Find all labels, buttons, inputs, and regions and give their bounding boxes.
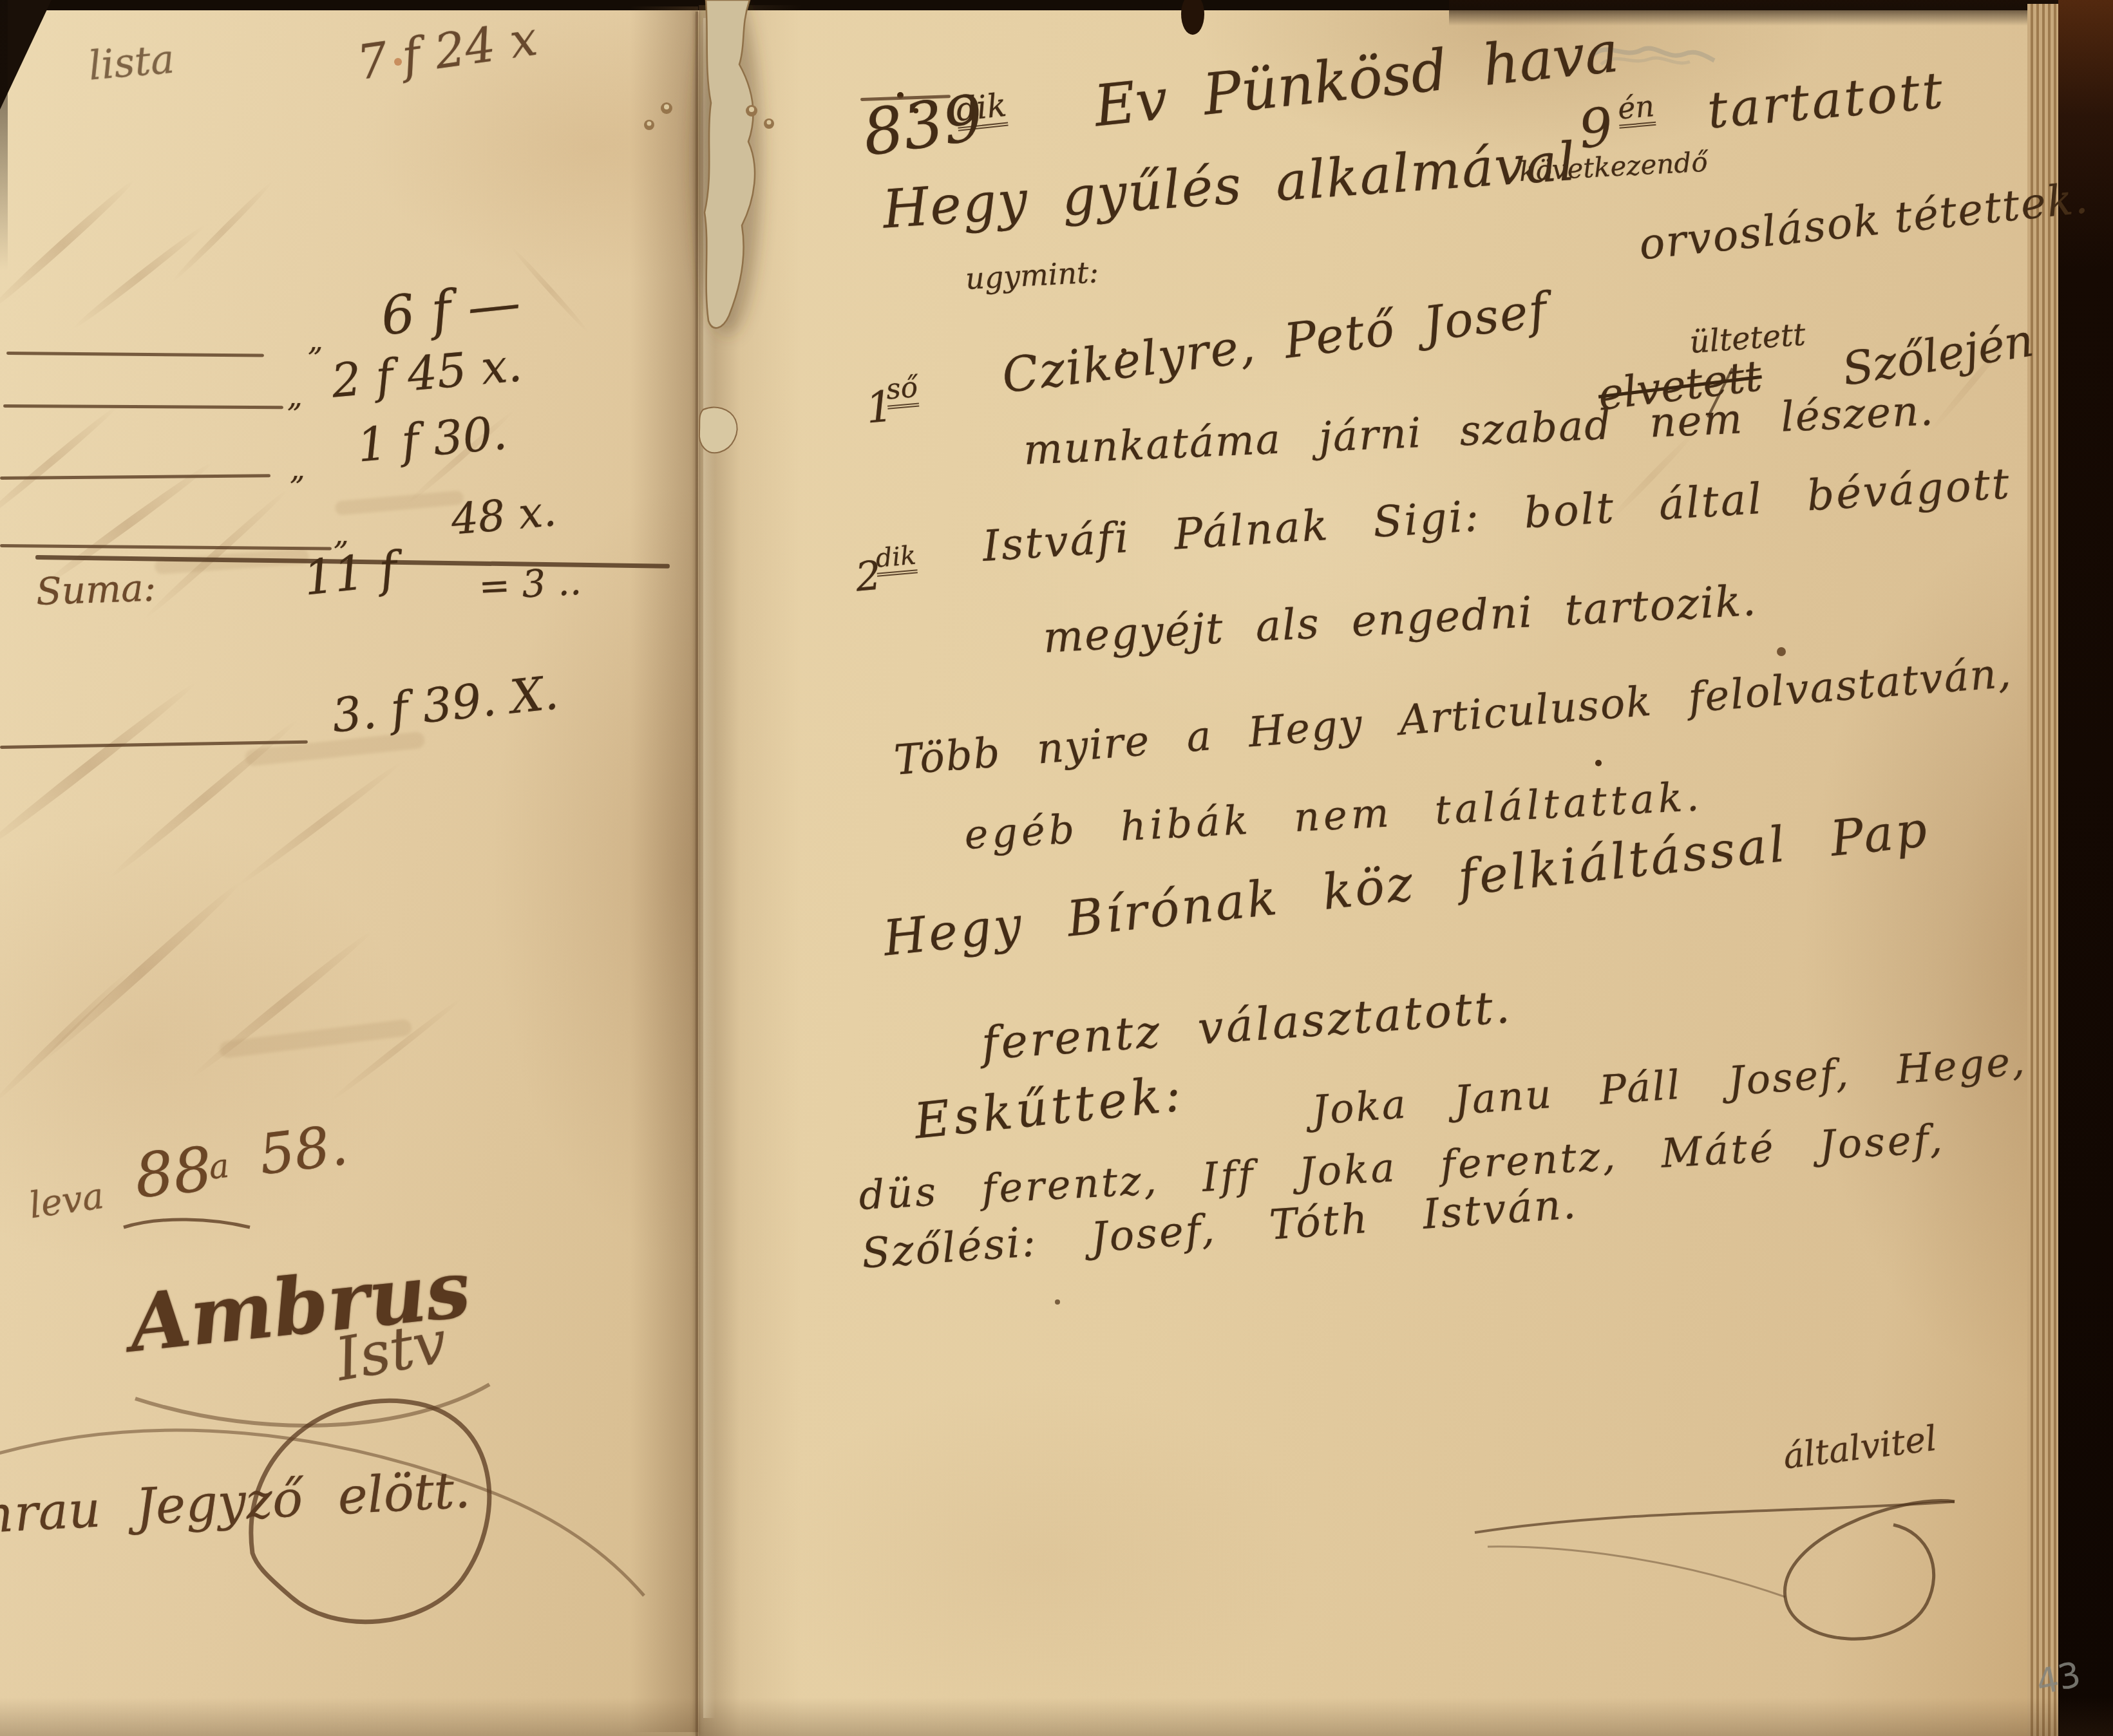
item1-inserted-word: ültetett [1689, 319, 1806, 357]
header-day: 9 [1577, 101, 1615, 157]
fold-shadow-left [630, 6, 698, 1732]
ditto-mark: „ [308, 325, 323, 355]
ledger-amount: 1 f 30. [355, 410, 509, 469]
header-day-suffix: én [1616, 91, 1656, 129]
ditto-mark: „ [287, 381, 303, 411]
header-line3: ugymint: [965, 257, 1099, 294]
fold-highlight [703, 18, 715, 1718]
sum-rest: = 3 .. [478, 563, 582, 605]
ditto-mark: „ [334, 519, 349, 549]
date-big: 88 [132, 1139, 215, 1207]
ledger-amount: 48 x. [450, 490, 558, 542]
date-note: leva [27, 1178, 106, 1225]
pencil-page-number: 43 [2033, 1657, 2083, 1700]
sum-amount: 11 f [301, 545, 399, 603]
bottom-vignette [0, 1697, 2113, 1736]
date-num: 58. [256, 1117, 350, 1183]
right-page-edges [2027, 4, 2061, 1736]
header-year-suffix: dik [954, 89, 1009, 131]
signature-overlap: Istv [332, 1312, 451, 1390]
top-right-smudge [1449, 0, 2113, 26]
date-big-suffix: a [207, 1149, 231, 1185]
left-edge-shadow [0, 0, 8, 270]
ditto-mark: „ [290, 454, 305, 484]
item1-number-suffix: ső [885, 373, 919, 410]
manuscript-scan: lista 7 f 24 x „ 6 f — „ 2 f 45 x. „ 1 f… [0, 0, 2113, 1736]
item2-number-suffix: dik [875, 543, 918, 577]
right-book-board [2058, 0, 2113, 1736]
ledger-amount: 6 f — [379, 276, 523, 343]
sum-label: Suma: [35, 569, 156, 610]
fold-crease [696, 12, 698, 1736]
left-faded-title: lista [87, 39, 176, 86]
